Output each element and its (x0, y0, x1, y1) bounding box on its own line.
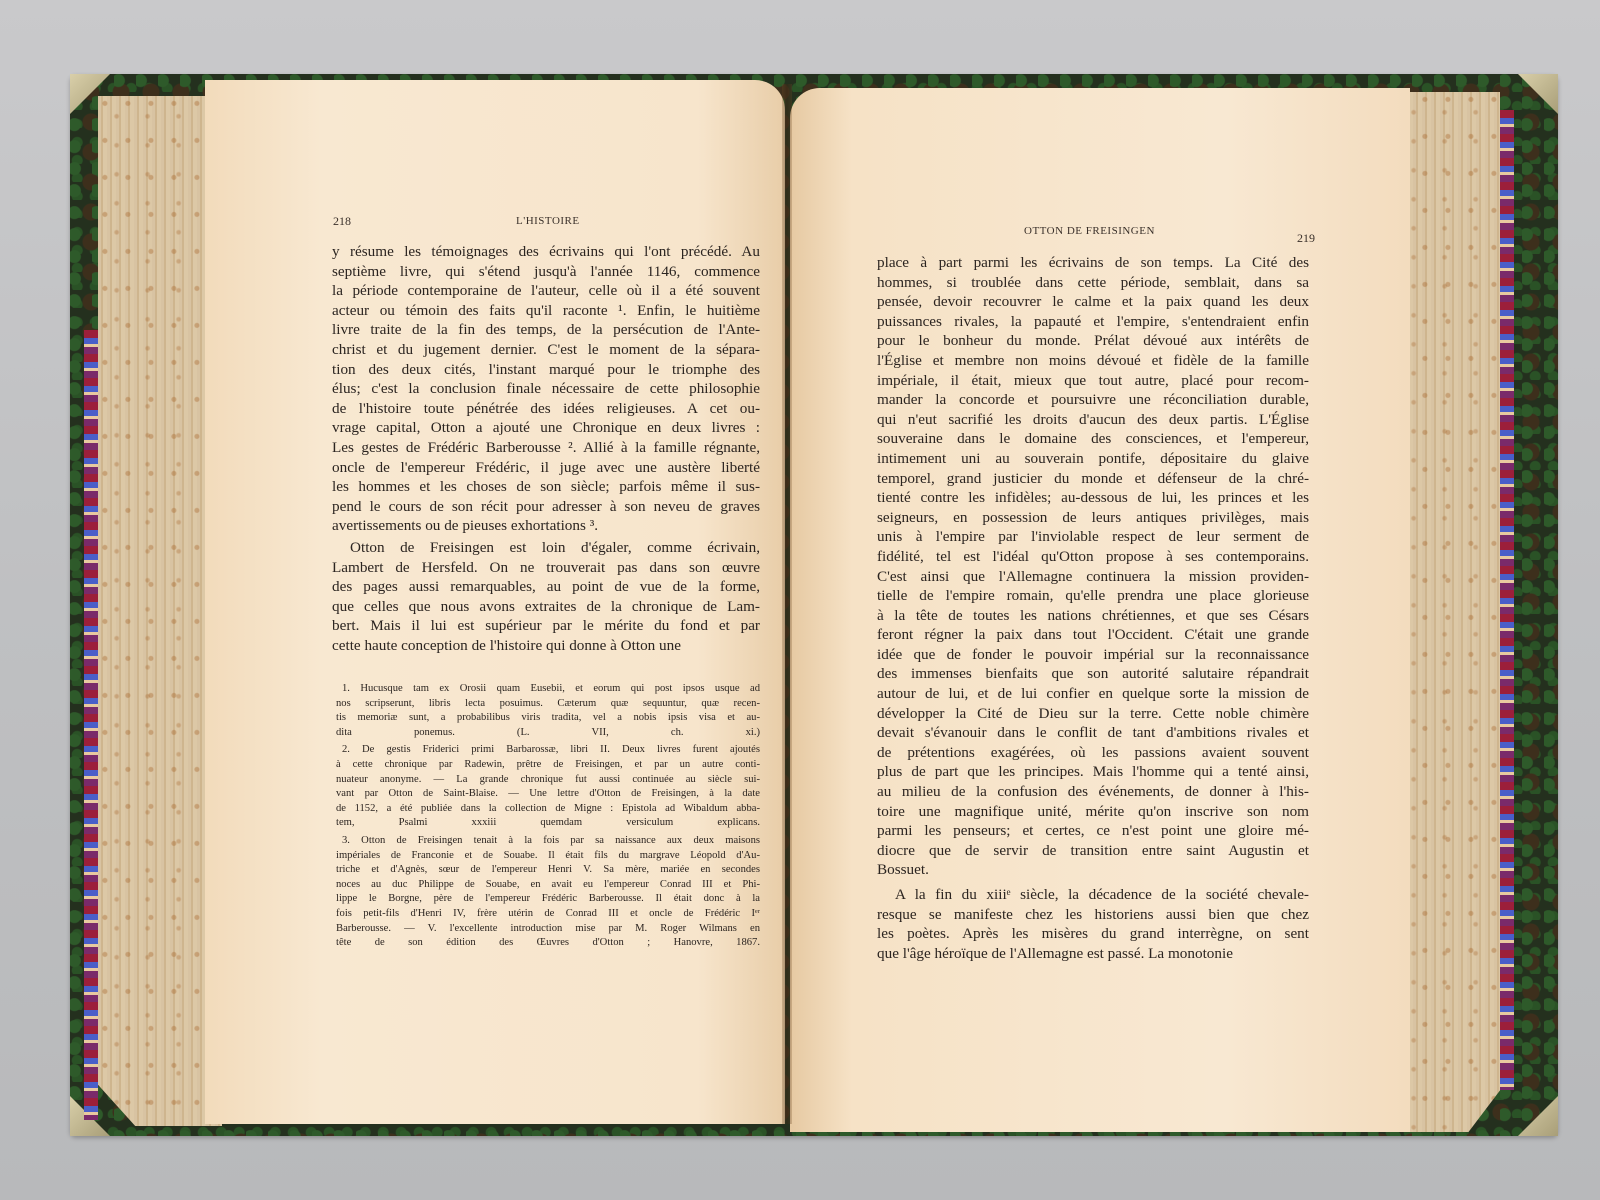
footnote-line: dita ponemus. (L. VII, ch. xi.) (336, 726, 760, 741)
text-line: y résume les témoignages des écrivains q… (332, 242, 760, 262)
text-line: septième livre, qui s'étend jusqu'à l'an… (332, 262, 760, 282)
page-block-edge-right (1395, 92, 1500, 1132)
text-line: christ et du jugement dernier. C'est le … (332, 340, 760, 360)
text-line: intimement uni au souverain pontife, dép… (877, 449, 1309, 469)
footnote-line: Barberousse. — V. l'excellente introduct… (336, 922, 760, 937)
text-line: A la fin du xiiiᵉ siècle, la décadence d… (877, 885, 1309, 905)
footnote-line: à cette chronique par Radewin, prêtre de… (336, 758, 760, 773)
page-block-edge-left (98, 96, 222, 1126)
text-line: souveraine dans le domaine des conscienc… (877, 429, 1309, 449)
text-line: mander la concorde et poursuivre une réc… (877, 390, 1309, 410)
text-line: resque se manifeste chez les historiens … (877, 905, 1309, 925)
text-line: impériale, il était, mieux que tout autr… (877, 371, 1309, 391)
text-line: à la tête de toutes les nations chrétien… (877, 606, 1309, 626)
text-line: feront régner la paix dans tout l'Occide… (877, 625, 1309, 645)
left-footnotes: 1. Hucusque tam ex Orosii quam Eusebii, … (336, 682, 760, 954)
footnote-line: de 1152, a été publiée dans la collectio… (336, 802, 760, 817)
footnote-line: 1. Hucusque tam ex Orosii quam Eusebii, … (336, 682, 760, 697)
text-line: au milieu de la confusion des événements… (877, 782, 1309, 802)
footnote-line: triche et d'Agnès, sœur de l'empereur He… (336, 863, 760, 878)
text-line: pensée, devoir recouvrer le calme et la … (877, 292, 1309, 312)
text-line: C'est ainsi que l'Allemagne continuera l… (877, 567, 1309, 587)
marbled-endpaper-left (84, 330, 98, 1120)
footnote-line: 3. Otton de Freisingen tenait à la fois … (336, 834, 760, 849)
marbled-endpaper-right (1500, 110, 1514, 1090)
text-line: pend le cours de son récit pour adresser… (332, 497, 760, 517)
text-line: l'Église et membre non moins dévoué et f… (877, 351, 1309, 371)
text-line: seigneurs, en possession de leurs antiqu… (877, 508, 1309, 528)
text-line: autour de lui, et de lui confier en quel… (877, 684, 1309, 704)
text-line: tion des deux cités, l'instant marqué po… (332, 360, 760, 380)
text-line: unis à l'empire par l'inviolable respect… (877, 527, 1309, 547)
text-line: acteur ou témoin des faits qu'il raconte… (332, 301, 760, 321)
text-line: de l'histoire toute pénétrée des idées r… (332, 399, 760, 419)
footnote-line: nuateur anonyme. — La grande chronique f… (336, 773, 760, 788)
text-line: élus; c'est la conclusion finale nécessa… (332, 379, 760, 399)
text-line: Lambert de Hersfeld. On ne trouverait pa… (332, 558, 760, 578)
footnote-line: fois petit-fils d'Henri IV, frère utérin… (336, 907, 760, 922)
text-line: que l'âge héroïque de l'Allemagne est pa… (877, 944, 1309, 964)
footnote-line: tem, Psalmi xxxiii quemdam versiculum ex… (336, 816, 760, 831)
text-line: place à part parmi les écrivains de son … (877, 253, 1309, 273)
text-line: toire une magnifique unité, mérite qu'on… (877, 802, 1309, 822)
text-line: parmi les penseurs; et certes, ce n'est … (877, 821, 1309, 841)
text-line: les hommes et les choses de son siècle; … (332, 477, 760, 497)
text-line: avertissements ou de pieuses exhortation… (332, 516, 760, 536)
text-line: idée que de fonder le pouvoir impérial s… (877, 645, 1309, 665)
text-line: les poètes. Après les misères du grand i… (877, 924, 1309, 944)
footnote-line: tis memoriæ sunt, a probabilibus viris t… (336, 711, 760, 726)
left-paragraph-2: Otton de Freisingen est loin d'égaler, c… (332, 538, 760, 656)
right-paragraph-1: place à part parmi les écrivains de son … (877, 253, 1309, 880)
book-gutter (782, 84, 792, 1124)
text-line: cette haute conception de l'histoire qui… (332, 636, 760, 656)
footnote-1: 1. Hucusque tam ex Orosii quam Eusebii, … (336, 682, 760, 740)
text-line: que celles que nous avons extraites de l… (332, 597, 760, 617)
footnote-line: impériales de Franconie et de Souabe. Il… (336, 849, 760, 864)
text-line: tielle de l'empire romain, qu'elle prend… (877, 586, 1309, 606)
text-line: devait s'évanouir dans le conflit de tan… (877, 723, 1309, 743)
text-line: qui n'eut sacrifié les droits d'aucun de… (877, 410, 1309, 430)
text-line: bert. Mais il lui est supérieur par le m… (332, 616, 760, 636)
footnote-line: 2. De gestis Friderici primi Barbarossæ,… (336, 743, 760, 758)
text-line: tienté contre les infidèles; au-dessous … (877, 488, 1309, 508)
right-paragraph-2: A la fin du xiiiᵉ siècle, la décadence d… (877, 885, 1309, 963)
text-line: diocre que de servir de transition entre… (877, 841, 1309, 861)
footnote-line: noces au duc Philippe de Souabe, en avai… (336, 878, 760, 893)
text-line: puissances rivales, la papauté et l'empi… (877, 312, 1309, 332)
running-head-right: OTTON DE FREISINGEN (1024, 225, 1155, 237)
text-line: Les gestes de Frédéric Barberousse ². Al… (332, 438, 760, 458)
text-line: développer la Cité de Dieu sur la terre.… (877, 704, 1309, 724)
text-line: fidélité, tel est l'idéal qu'Otton propo… (877, 547, 1309, 567)
running-head-left: L'HISTOIRE (516, 215, 580, 227)
footnote-3: 3. Otton de Freisingen tenait à la fois … (336, 834, 760, 951)
page-number-left: 218 (333, 214, 351, 229)
left-paragraph-1: y résume les témoignages des écrivains q… (332, 242, 760, 536)
text-line: des pages aussi remarquables, au point d… (332, 577, 760, 597)
footnote-line: nos scripserunt, libris lecta posuimus. … (336, 697, 760, 712)
text-line: Bossuet. (877, 860, 1309, 880)
page-number-right: 219 (1297, 231, 1315, 246)
text-line: livre traite de la fin des temps, de la … (332, 320, 760, 340)
text-line: pour le bonheur du monde. Prélat dévoué … (877, 331, 1309, 351)
text-line: la période contemporaine de l'auteur, ce… (332, 281, 760, 301)
text-line: temporel, grand justicier du monde et dé… (877, 469, 1309, 489)
text-line: de prétentions exagérées, où les passion… (877, 743, 1309, 763)
text-line: oncle de l'empereur Frédéric, il juge av… (332, 458, 760, 478)
text-line: hommes, si troublée dans cette période, … (877, 273, 1309, 293)
text-line: vrage capital, Otton a ajouté une Chroni… (332, 418, 760, 438)
footnote-line: tête de son édition des Œuvres d'Otton ;… (336, 936, 760, 951)
text-line: Otton de Freisingen est loin d'égaler, c… (332, 538, 760, 558)
footnote-line: vant par Otton de Saint-Blaise. — Une le… (336, 787, 760, 802)
footnote-line: lippe le Borgne, père de l'empereur Fréd… (336, 892, 760, 907)
text-line: des immenses bienfaits que son autorité … (877, 664, 1309, 684)
text-line: plus de part que les principes. Mais l'h… (877, 762, 1309, 782)
footnote-2: 2. De gestis Friderici primi Barbarossæ,… (336, 743, 760, 831)
